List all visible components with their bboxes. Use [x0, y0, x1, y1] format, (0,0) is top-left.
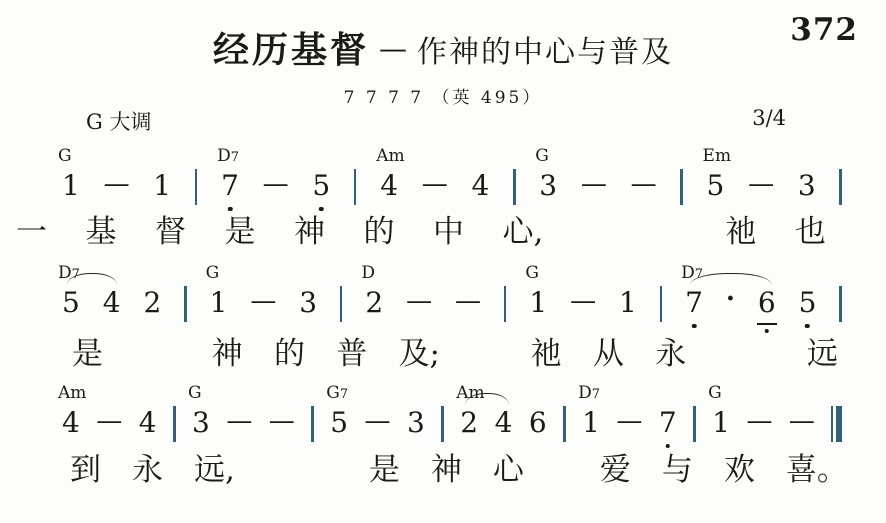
note: 4Am [380, 172, 398, 200]
chord-label: D7 [578, 385, 600, 402]
lyric-syllable: 及; [399, 336, 440, 373]
note-number: 5 [707, 169, 725, 202]
note-number: 1 [153, 169, 171, 202]
note: 3 [798, 172, 816, 200]
octave-dot [319, 207, 324, 212]
note: 4 [471, 172, 489, 200]
note-number: 1 [712, 406, 730, 439]
note: 3 [407, 409, 425, 437]
lyrics-line: 是神的普及;祂从永远 [72, 336, 838, 373]
note-number: 4 [380, 169, 398, 202]
lyric-syllable: 中 [433, 214, 464, 251]
note: 4 [495, 409, 513, 437]
note: 6 [758, 289, 776, 317]
note-number: 2 [143, 286, 161, 319]
chord-label: Em [703, 148, 732, 165]
lyric-syllable: 神 [212, 336, 243, 373]
note-number: 4 [139, 406, 157, 439]
note-number: 5 [62, 286, 80, 319]
note-number: 2 [460, 406, 478, 439]
lyric-syllable: 喜。 [786, 452, 848, 489]
note-number: 4 [495, 406, 513, 439]
lyric-syllable: 远, [194, 452, 235, 489]
note-number: 6 [529, 406, 547, 439]
note: 4Am [62, 409, 80, 437]
note: 7D7 [221, 172, 239, 200]
eighth-underline [757, 323, 777, 325]
music-line: 5D7421G—32D——1G—17D7·65 [62, 287, 842, 317]
lyric-syllable: 督 [155, 214, 186, 251]
barline [839, 169, 842, 205]
note-number: 3 [407, 406, 425, 439]
chord-label: D7 [217, 148, 239, 165]
duration-dash: — [570, 288, 596, 314]
barline [693, 406, 696, 442]
note-number: 4 [62, 406, 80, 439]
note: 1G [529, 289, 547, 317]
lyric-syllable: 远 [807, 336, 838, 373]
note-number: 3 [192, 406, 210, 439]
chord-label: G [535, 148, 549, 165]
lyric-syllable: 从 [593, 336, 624, 373]
lyric-syllable: 神 [294, 214, 325, 251]
note-number: 7 [685, 286, 703, 319]
note-number: 5 [330, 406, 348, 439]
note: 2D [365, 289, 383, 317]
note: 6 [529, 409, 547, 437]
lyric-syllable: 永 [655, 336, 686, 373]
lyric-syllable: 是 [369, 452, 400, 489]
chord-label: G [708, 385, 722, 402]
duration-dash: — [789, 408, 815, 434]
barline [311, 406, 314, 442]
duration-dash: — [96, 408, 122, 434]
note-number: 1 [529, 286, 547, 319]
lyric-syllable: 基 [86, 214, 117, 251]
lyrics-line: 到永远,是神心爱与欢喜。 [70, 452, 848, 489]
note: 1 [153, 172, 171, 200]
octave-dot [228, 207, 233, 212]
lyric-syllable: 欢 [724, 452, 755, 489]
octave-dot [692, 324, 697, 329]
note: 3G [192, 409, 210, 437]
barline [354, 169, 357, 205]
note-number: 3 [299, 286, 317, 319]
note: 3 [299, 289, 317, 317]
duration-dash: — [631, 171, 657, 197]
barline [660, 286, 663, 322]
barline [513, 169, 516, 205]
duration-dash: — [365, 408, 391, 434]
duration-dash: — [455, 288, 481, 314]
note-number: 1 [582, 406, 600, 439]
note-number: 5 [312, 169, 330, 202]
barline [340, 286, 343, 322]
music-line: 1G—17D7—54Am—43G——5Em—3 [62, 170, 842, 200]
barline [441, 406, 444, 442]
note: 1D7 [582, 409, 600, 437]
lyric-syllable: 是 [72, 336, 103, 373]
lyric-syllable: 永 [132, 452, 163, 489]
note: 1G [62, 172, 80, 200]
note: 1G [210, 289, 228, 317]
note-number: 4 [471, 169, 489, 202]
barline [195, 169, 198, 205]
duration-dash: — [422, 171, 448, 197]
chord-label: G [525, 265, 539, 282]
barline [680, 169, 683, 205]
lyrics-line: 一基督是神的中心,祂也 [16, 214, 826, 251]
lyric-syllable: 也 [795, 214, 826, 251]
note: 7D7 [685, 289, 703, 317]
lyric-syllable: 一 [16, 214, 47, 251]
barline [563, 406, 566, 442]
time-signature: 3/4 [752, 106, 786, 136]
duration-dash: — [616, 408, 642, 434]
note-number: 1 [619, 286, 637, 319]
octave-dot [666, 444, 671, 449]
note-number: 4 [103, 286, 121, 319]
barline [504, 286, 507, 322]
barline [173, 406, 176, 442]
duration-dash: — [581, 171, 607, 197]
note-number: 1 [210, 286, 228, 319]
note-number: 2 [365, 286, 383, 319]
key-signature: G 大调 [86, 106, 151, 136]
note: 2Am [460, 409, 478, 437]
lyric-syllable: 的 [364, 214, 395, 251]
lyric-syllable: 的 [274, 336, 305, 373]
note: 3G [539, 172, 557, 200]
note-number: 1 [62, 169, 80, 202]
lyric-syllable: 祂 [531, 336, 562, 373]
title-separator: — [379, 32, 407, 65]
note: 5 [799, 289, 817, 317]
chord-number: 7 [592, 387, 600, 402]
note: 5 [312, 172, 330, 200]
hymn-sheet: 372 经历基督—作神的中心与普及 7 7 7 7 （英 495） G 大调 3… [0, 0, 886, 523]
end-barline [831, 406, 842, 442]
note: 5Em [707, 172, 725, 200]
lyric-syllable: 是 [225, 214, 256, 251]
barline [839, 286, 842, 322]
duration-dash: — [748, 171, 774, 197]
chord-label: G [188, 385, 202, 402]
lyric-syllable: 祂 [725, 214, 756, 251]
barline [184, 286, 187, 322]
duration-dash: — [263, 171, 289, 197]
hymn-title: 经历基督 [213, 30, 369, 71]
dotted-note-dot: · [726, 286, 735, 312]
lyric-syllable: 心 [493, 452, 524, 489]
note-number: 7 [221, 169, 239, 202]
lyric-syllable: 到 [70, 452, 101, 489]
duration-dash: — [226, 408, 252, 434]
key-row: G 大调 3/4 [86, 106, 786, 136]
chord-label: D [361, 265, 375, 282]
duration-dash: — [269, 408, 295, 434]
note: 4 [139, 409, 157, 437]
chord-label: G [58, 148, 72, 165]
note: 5D7 [62, 289, 80, 317]
lyric-syllable: 神 [431, 452, 462, 489]
note: 5G7 [330, 409, 348, 437]
chord-label: Am [58, 385, 86, 402]
note-number: 5 [799, 286, 817, 319]
duration-dash: — [250, 288, 276, 314]
note-number: 3 [798, 169, 816, 202]
note-number: 7 [659, 406, 677, 439]
note: 2 [143, 289, 161, 317]
octave-dot [764, 329, 769, 334]
octave-dot [805, 324, 810, 329]
chord-label: G7 [326, 385, 348, 402]
note-number: 6 [758, 286, 776, 319]
note: 1 [619, 289, 637, 317]
lyric-syllable: 爱 [600, 452, 631, 489]
lyric-syllable: 与 [662, 452, 693, 489]
lyric-syllable: 普 [336, 336, 367, 373]
duration-dash: — [746, 408, 772, 434]
hymn-subtitle: 作神的中心与普及 [417, 35, 673, 70]
duration-dash: — [104, 171, 130, 197]
note: 4 [103, 289, 121, 317]
chord-label: Am [376, 148, 404, 165]
note: 1G [712, 409, 730, 437]
note-number: 3 [539, 169, 557, 202]
note: 7 [659, 409, 677, 437]
title-row: 经历基督—作神的中心与普及 [0, 22, 886, 73]
music-line: 4Am—43G——5G7—32Am461D7—71G—— [62, 407, 842, 437]
chord-number: 7 [231, 150, 239, 165]
meter-info: 7 7 7 7 （英 495） [0, 83, 886, 108]
chord-number: 7 [340, 387, 348, 402]
chord-label: G [206, 265, 220, 282]
duration-dash: — [406, 288, 432, 314]
lyric-syllable: 心, [503, 214, 544, 251]
